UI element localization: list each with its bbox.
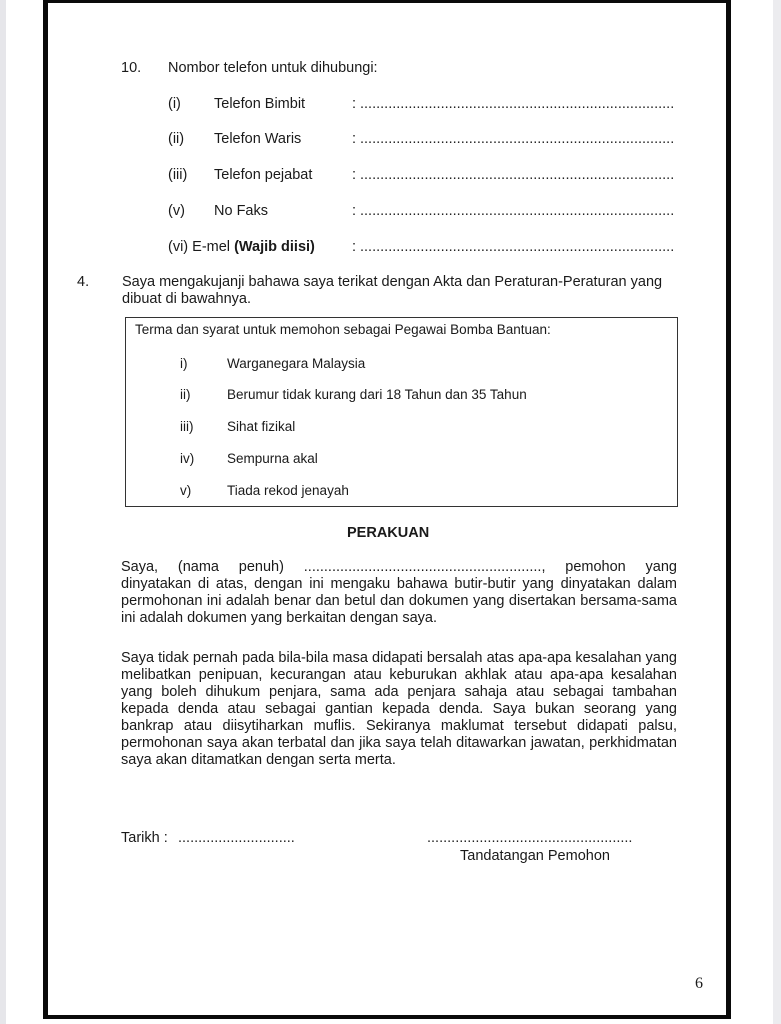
section-4-number: 4. (77, 274, 89, 290)
item-number: (ii) (168, 131, 184, 147)
field-separator: : (352, 96, 356, 112)
email-label: (vi) E-mel (Wajib diisi) (168, 239, 315, 255)
perakuan-para2-line4: kepada denda atau sebagai gantian kepada… (121, 701, 677, 718)
mobile-phone-input[interactable]: ........................................… (360, 96, 676, 112)
field-separator: : (352, 239, 356, 255)
section-4-text-line1: Saya mengakujanji bahawa saya terikat de… (122, 274, 662, 290)
perakuan-para2-line5: bankrap atau diisytiharkan muflis. Sekir… (121, 718, 677, 735)
terms-heading: Terma dan syarat untuk memohon sebagai P… (135, 322, 551, 337)
terms-item-text: Tiada rekod jenayah (227, 483, 349, 498)
perakuan-para2-line2: melibatkan penipuan, kecurangan atau keb… (121, 667, 677, 684)
terms-item-text: Sihat fizikal (227, 419, 295, 434)
field-label: Telefon Bimbit (214, 96, 305, 112)
section-4-text-line2: dibuat di bawahnya. (122, 291, 251, 307)
perakuan-para1-line3: permohonan ini adalah benar dan betul da… (121, 593, 677, 610)
perakuan-para2-line7: saya akan ditamatkan dengan serta merta. (121, 752, 677, 769)
perakuan-para1-line2: dinyatakan di atas, dengan ini mengaku b… (121, 576, 677, 593)
viewer-scrollbar[interactable] (773, 0, 781, 1024)
email-input[interactable]: ........................................… (360, 239, 676, 255)
required-note: (Wajib diisi) (234, 239, 315, 255)
fax-input[interactable]: ........................................… (360, 203, 676, 219)
date-label: Tarikh : (121, 830, 168, 846)
terms-item-number: iii) (180, 419, 194, 434)
perakuan-para1-line4: ini adalah dokumen yang berkaitan dengan… (121, 610, 677, 627)
field-separator: : (352, 167, 356, 183)
field-separator: : (352, 203, 356, 219)
terms-item-text: Berumur tidak kurang dari 18 Tahun dan 3… (227, 387, 527, 402)
terms-item-text: Sempurna akal (227, 451, 318, 466)
date-input[interactable]: ............................. (178, 830, 328, 846)
email-label-prefix: (vi) E-mel (168, 239, 234, 255)
document-page (43, 0, 731, 1019)
viewer-margin-left (0, 0, 6, 1024)
field-label: Telefon Waris (214, 131, 301, 147)
terms-item-number: iv) (180, 451, 194, 466)
perakuan-para2-line1: Saya tidak pernah pada bila-bila masa di… (121, 650, 677, 667)
perakuan-title: PERAKUAN (347, 525, 429, 541)
field-label: No Faks (214, 203, 268, 219)
office-phone-input[interactable]: ........................................… (360, 167, 676, 183)
signature-label: Tandatangan Pemohon (460, 848, 610, 864)
signature-line[interactable]: ........................................… (427, 830, 683, 846)
section-10-number: 10. (121, 60, 141, 76)
item-number: (v) (168, 203, 185, 219)
terms-box (125, 317, 678, 507)
field-separator: : (352, 131, 356, 147)
guardian-phone-input[interactable]: ........................................… (360, 131, 676, 147)
item-number: (i) (168, 96, 181, 112)
terms-item-number: i) (180, 356, 188, 371)
section-10-title: Nombor telefon untuk dihubungi: (168, 60, 378, 76)
terms-item-number: v) (180, 483, 191, 498)
page-number: 6 (695, 975, 703, 993)
terms-item-text: Warganegara Malaysia (227, 356, 365, 371)
perakuan-para1-line1: Saya, (nama penuh) .....................… (121, 559, 677, 576)
terms-item-number: ii) (180, 387, 191, 402)
perakuan-para2-line3: yang boleh dihukum penjara, sama ada pen… (121, 684, 677, 701)
item-number: (iii) (168, 167, 187, 183)
perakuan-para2-line6: permohonan saya akan terbatal dan jika s… (121, 735, 677, 752)
field-label: Telefon pejabat (214, 167, 312, 183)
